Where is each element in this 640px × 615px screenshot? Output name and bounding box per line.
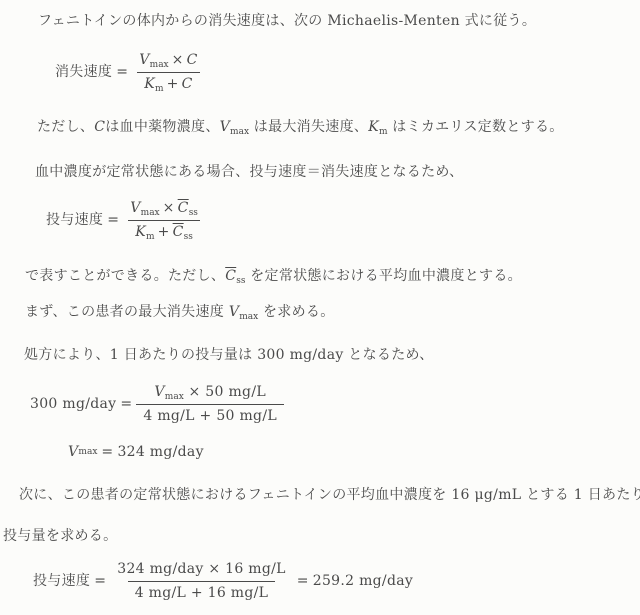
paragraph-css-definition: で表すことができる。ただし、Css を定常状態における平均血中濃度とする。 (25, 268, 522, 285)
formula-elimination-rate: 消失速度=Vmax×CKm+C (55, 52, 205, 93)
text: は最大消失速度、 (249, 119, 368, 135)
times-sign: × (163, 200, 175, 216)
fraction: Vmax×CKm+C (132, 52, 204, 93)
times-sign: × (172, 52, 184, 68)
numerator: Vmax×Css (123, 200, 205, 220)
document-page: { "page": { "bg_color": "#fcfcfa", "text… (0, 0, 640, 615)
numerator: 324 mg/day × 16 mg/L (110, 561, 293, 581)
result-value: 259.2 mg/day (313, 573, 413, 590)
text: 投与量を求める。 (3, 528, 117, 544)
text: まず、この患者の最大消失速度 (25, 304, 229, 320)
formula-dosing-rate: 投与速度=Vmax×CssKm+Css (46, 200, 205, 241)
var-km: K (144, 76, 155, 92)
subscript-max: max (165, 392, 184, 402)
paragraph-next-step-line1: 次に、この患者の定常状態におけるフェニトインの平均血中濃度を 16 μg/mL … (19, 487, 640, 504)
text: を定常状態における平均血中濃度とする。 (245, 268, 521, 284)
subscript-m: m (146, 232, 155, 242)
fraction: Vmax×CssKm+Css (123, 200, 205, 241)
denominator: 4 mg/L + 16 mg/L (128, 581, 276, 602)
var-css-overbar: C (178, 200, 189, 216)
text: で表すことができる。ただし、 (25, 268, 225, 284)
denominator: 4 mg/L + 50 mg/L (136, 404, 284, 425)
var-vmax: V (154, 384, 164, 400)
subscript-max: max (239, 312, 258, 322)
subscript-max: max (230, 127, 249, 137)
subscript-max: max (141, 208, 160, 218)
result-value: 324 mg/day (117, 444, 203, 461)
equals-sign: = (120, 396, 132, 413)
paragraph-prescription: 処方により、1 日あたりの投与量は 300 mg/day となるため、 (24, 347, 434, 364)
text: はミカエリス定数とする。 (388, 119, 564, 135)
plus-sign: + (167, 76, 179, 92)
paragraph-intro: フェニトインの体内からの消失速度は、次の Michaelis-Menten 式に… (38, 13, 536, 30)
var-css-overbar: C (173, 224, 184, 240)
paragraph-find-vmax: まず、この患者の最大消失速度 Vmax を求める。 (25, 304, 335, 321)
numerator: Vmax × 50 mg/L (147, 384, 273, 404)
subscript-ss: ss (184, 232, 193, 242)
subscript-m: m (379, 127, 388, 137)
text: フェニトインの体内からの消失速度は、次の Michaelis-Menten 式に… (38, 13, 536, 29)
text: を求める。 (258, 304, 334, 320)
equals-sign: = (101, 444, 113, 461)
equals-sign: = (116, 64, 128, 81)
text: 次に、この患者の定常状態におけるフェニトインの平均血中濃度を 16 μg/mL … (19, 487, 640, 503)
plus-sign: + (158, 224, 170, 240)
var-vmax: V (68, 444, 78, 461)
text: は血中薬物濃度、 (105, 119, 219, 135)
var-c: C (94, 119, 105, 135)
fraction: Vmax × 50 mg/L4 mg/L + 50 mg/L (136, 384, 284, 425)
equals-sign: = (297, 573, 309, 590)
denominator: Km+Css (128, 220, 200, 241)
text: 処方により、1 日あたりの投与量は 300 mg/day となるため、 (24, 347, 434, 363)
denominator: Km+C (137, 72, 199, 93)
formula-vmax-calculation: 300 mg/day=Vmax × 50 mg/L4 mg/L + 50 mg/… (30, 384, 284, 425)
formula-vmax-result: Vmax=324 mg/day (68, 444, 204, 461)
paragraph-next-step-line2: 投与量を求める。 (3, 528, 117, 545)
subscript-ss: ss (189, 208, 198, 218)
formula-lhs: 消失速度 (55, 64, 112, 81)
subscript-m: m (155, 84, 164, 94)
subscript-max: max (150, 60, 169, 70)
var-c: C (187, 52, 198, 68)
var-c: C (182, 76, 193, 92)
formula-lhs: 300 mg/day (30, 396, 116, 413)
numerator: Vmax×C (132, 52, 204, 72)
paragraph-definitions: ただし、Cは血中薬物濃度、Vmax は最大消失速度、Km はミカエリス定数とする… (37, 119, 564, 136)
equals-sign: = (107, 212, 119, 229)
paragraph-steady-state: 血中濃度が定常状態にある場合、投与速度＝消失速度となるため、 (35, 164, 463, 181)
text: ただし、 (37, 119, 94, 135)
text: × 50 mg/L (184, 384, 266, 400)
formula-lhs: 投与速度 (46, 212, 103, 229)
var-vmax: V (229, 304, 239, 320)
formula-lhs: 投与速度 (33, 573, 90, 590)
text: 血中濃度が定常状態にある場合、投与速度＝消失速度となるため、 (35, 164, 463, 180)
fraction: 324 mg/day × 16 mg/L4 mg/L + 16 mg/L (110, 561, 293, 602)
var-km: K (135, 224, 146, 240)
formula-dosing-rate-calculation: 投与速度=324 mg/day × 16 mg/L4 mg/L + 16 mg/… (33, 561, 413, 602)
var-km: K (368, 119, 379, 135)
var-vmax: V (130, 200, 140, 216)
var-css-overbar: C (225, 268, 236, 284)
var-vmax: V (139, 52, 149, 68)
equals-sign: = (94, 573, 106, 590)
var-vmax: V (220, 119, 230, 135)
